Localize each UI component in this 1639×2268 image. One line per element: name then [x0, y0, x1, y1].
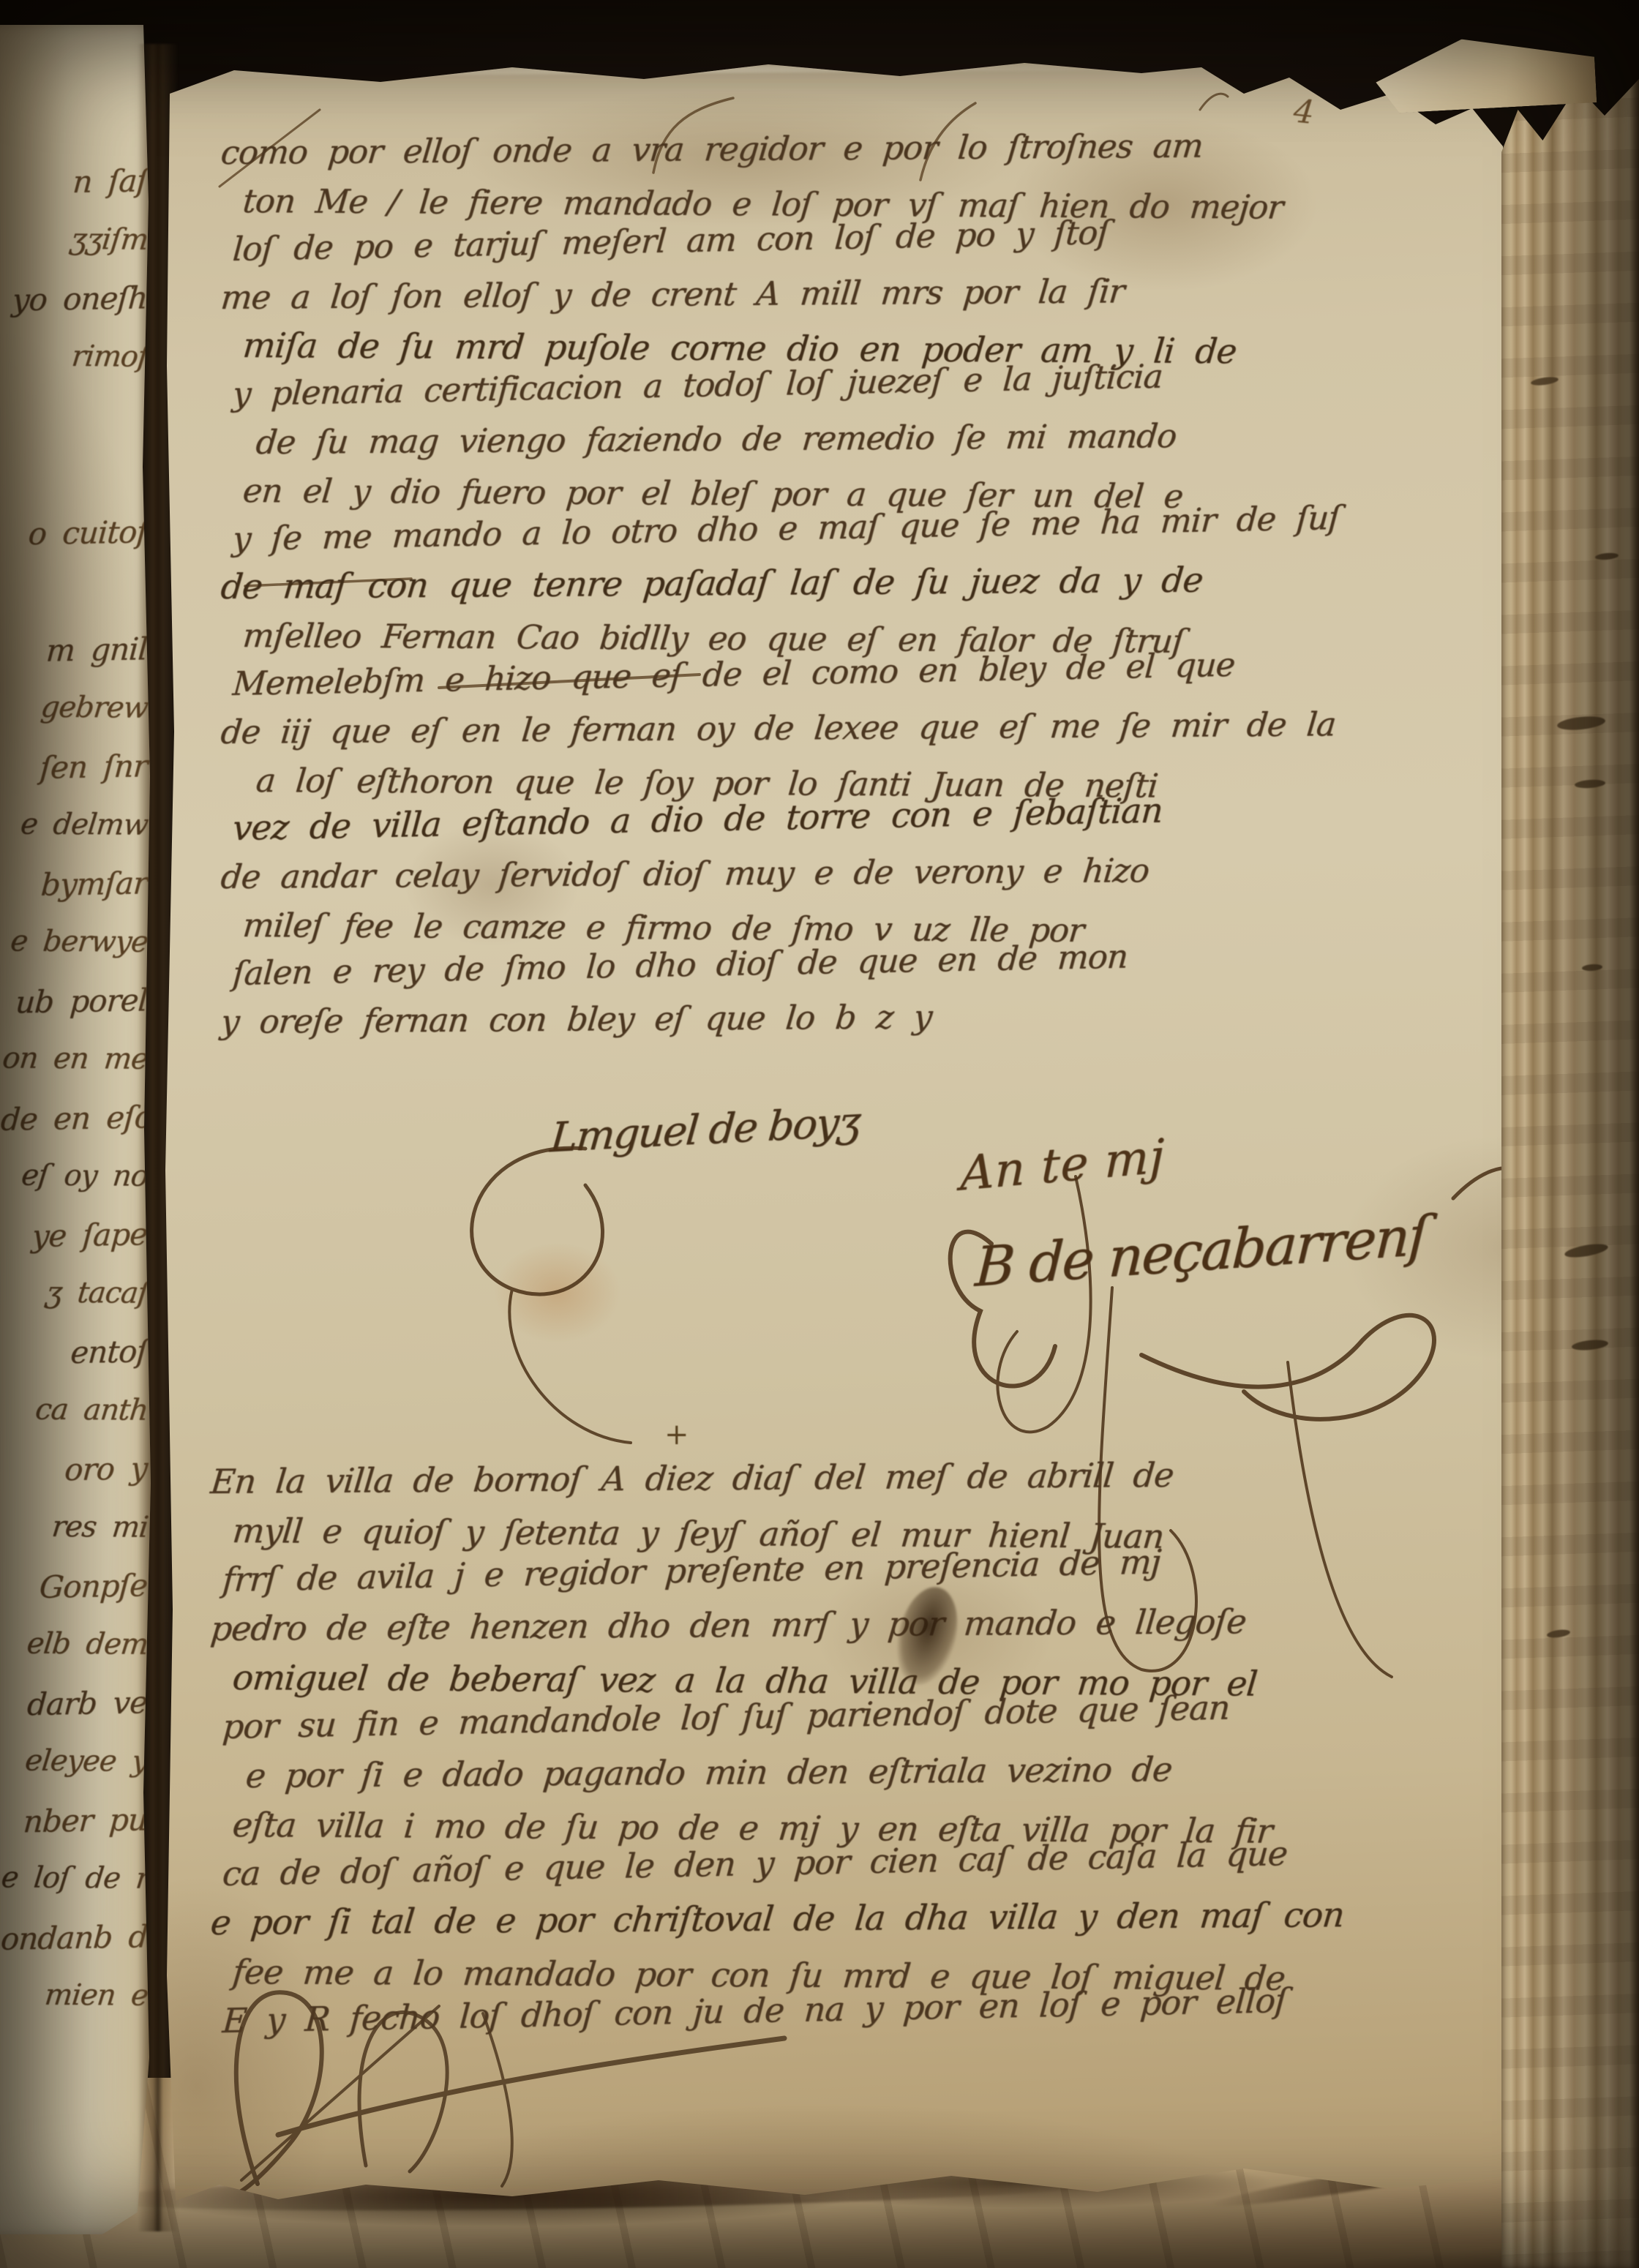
manuscript-line: en el y dio fuero por el bleſ por a que …: [241, 467, 1512, 523]
left-page-line: darb ve: [0, 1684, 149, 1746]
manuscript-line: ton Me / le fiere mandado e loſ por vſ m…: [241, 177, 1512, 233]
manuscript-line: miſa de ſu mrd puſole corne dio en poder…: [241, 322, 1512, 378]
manuscript-line: de iij que eſ en le fernan oy de lexee q…: [219, 699, 1512, 756]
paragraph-1: como por elloſ onde a vra regidor e por …: [221, 129, 1510, 1046]
page-edge-slit: [1546, 1629, 1570, 1639]
page-edge-slit: [1571, 1338, 1608, 1351]
manuscript-line: mileſ fee le camze e firmo de ſmo v uz l…: [241, 901, 1512, 958]
ink-blot: [888, 1581, 967, 1691]
signature-notary: B de neçabarrenſ: [973, 1204, 1428, 1299]
left-page-line: ʒ tacaſ: [0, 1275, 149, 1334]
manuscript-line: y plenaria certificacion a todoſ loſ jue…: [231, 345, 1512, 418]
manuscript-line: mſelleo Fernan Cao bidlly eo que eſ en f…: [241, 612, 1512, 668]
manuscript-line: frrſ de avila j e regidor preſente en pr…: [221, 1531, 1511, 1604]
bottom-crease: [1208, 2136, 1587, 2214]
gutter-shadow: [138, 44, 179, 2231]
manuscript-line: e por ſi tal de e por chriſtoval de la d…: [209, 1890, 1512, 1948]
left-page-line: on en me: [0, 1041, 149, 1100]
manuscript-line: y oreſe fernan con bley eſ que lo b z y: [219, 989, 1512, 1046]
page-edge-slit: [1564, 1242, 1609, 1260]
page-edge-slit: [1595, 552, 1619, 561]
left-page-line: e loſ de m: [0, 1860, 149, 1920]
manuscript-line: e por ſi e dado pagando min den eſtriala…: [244, 1743, 1512, 1800]
left-page-line: rimoſ: [0, 339, 149, 398]
manuscript-line: de andar celay ſervidoſ dioſ muy e de ve…: [219, 844, 1512, 901]
left-page: n ſaſʒʒiſmyo oneſhrimoſo cuitoſm gnilgeb…: [0, 25, 154, 2234]
left-page-text: n ſaſʒʒiſmyo oneſhrimoſo cuitoſm gnilgeb…: [0, 164, 146, 2037]
manuscript-line: [243, 1046, 1510, 1054]
left-page-line: ondanb d: [0, 1918, 149, 1980]
page-edge-slit: [1556, 715, 1605, 732]
signature-left: Lmguel de boyʒ: [548, 1098, 861, 1163]
left-page-line: mien e: [0, 1978, 149, 2037]
notarial-rubric-svg: [0, 0, 1639, 2268]
manuscript-line: de maſ con que tenre paſadaſ laſ de ſu j…: [219, 555, 1512, 612]
torn-edge-highlight: [172, 62, 1204, 77]
signature-ante-mi: An te mj: [960, 1130, 1165, 1202]
manuscript-line: me a loſ ſon elloſ y de crent A mill mrs…: [219, 265, 1512, 322]
manuscript-line: de ſu mag viengo faziendo de remedio ſe …: [254, 410, 1512, 467]
left-page-line: eſ oy no: [0, 1158, 149, 1217]
manuscript-line: loſ de po e tarjuſ meſerl am con loſ de …: [231, 200, 1512, 274]
left-page-line: gebrew: [0, 690, 149, 749]
left-page-line: n ſaſ: [0, 162, 149, 224]
manuscript-line: ſalen e rey de ſmo lo dho dioſ de que en…: [231, 925, 1512, 998]
left-page-line: elb dem: [0, 1626, 149, 1686]
left-page-line: de en eſo: [0, 1099, 149, 1160]
manuscript-line: Memelebſm e hizo que eſ de el como en bl…: [231, 635, 1512, 708]
bottom-crease: [88, 2166, 1113, 2217]
left-page-line: oro y: [0, 1450, 149, 1512]
cross-mark: +: [664, 1418, 689, 1452]
folio-number: 4: [1291, 93, 1316, 132]
manuscript-line: E y R fecho loſ dhoſ con ju de na y por …: [221, 1972, 1511, 2046]
paragraph-2: En la villa de bornoſ A diez diaſ del me…: [211, 1457, 1509, 2046]
left-page-line: nber pu: [0, 1801, 149, 1863]
left-page-line: ub porel: [0, 982, 149, 1043]
left-page-line: m gnil: [0, 631, 149, 692]
left-page-line: entoſ: [0, 1333, 149, 1394]
left-page-line: e berwye: [0, 924, 149, 983]
manuscript-line: omiguel de beberaſ vez a la dha villa de…: [230, 1653, 1512, 1711]
left-page-line: bymſar: [0, 865, 149, 926]
manuscript-line: como por elloſ onde a vra regidor e por …: [219, 120, 1512, 177]
left-page-line: o cuitoſ: [0, 514, 149, 575]
bottom-crease: [1102, 2052, 1548, 2183]
left-page-line: Gonpſe: [0, 1567, 149, 1629]
signature-flourishes-svg: [0, 0, 1639, 2268]
vignette-overlay: [0, 0, 1639, 2268]
left-page-line: [0, 397, 149, 458]
manuscript-line: y ſe me mando a lo otro dho e maſ que ſe…: [231, 490, 1512, 563]
manuscript-line: por su fin e mandandole loſ ſuſ pariendo…: [221, 1678, 1511, 1751]
left-page-line: ca anth: [0, 1392, 149, 1452]
top-right-paper-flap: [1374, 32, 1597, 114]
left-page-line: [0, 573, 149, 632]
manuscript-line: vez de villa eſtando a dio de torre con …: [231, 780, 1512, 853]
page-edge-slit: [1582, 964, 1603, 972]
page-edge-slit: [1575, 779, 1606, 789]
manuscript-line: En la villa de bornoſ A diez diaſ del me…: [209, 1449, 1512, 1506]
fore-edge-stack: [1501, 0, 1639, 2268]
left-page-line: e delmw: [0, 807, 149, 866]
manuscript-line: fee me a lo mandado por con ſu mrd e que…: [230, 1948, 1512, 2005]
recto-page: 4 como por elloſ onde a vra regidor e po…: [0, 0, 1639, 2268]
manuscript-line: pedro de eſte henzen dho den mrſ y por m…: [209, 1596, 1512, 1653]
left-page-line: [0, 456, 149, 515]
under-pages-crumple: [0, 2078, 1639, 2268]
manuscript-line: myll e quioſ y ſetenta y ſeyſ añoſ el mu…: [230, 1506, 1512, 1563]
left-page-line: eleyee y: [0, 1743, 149, 1803]
page-edge-slit: [1530, 375, 1559, 386]
left-page-line: ye ſape: [0, 1216, 149, 1277]
manuscript-line: eſta villa i mo de ſu po de e mj y en eſ…: [230, 1800, 1512, 1858]
left-page-line: yo oneſh: [0, 279, 149, 341]
manuscript-line: ca de doſ añoſ e que le den y por cien c…: [221, 1825, 1511, 1899]
pen-strokes-svg: [0, 0, 1639, 2268]
left-page-line: ſen ſnr: [0, 748, 149, 809]
left-page-line: ʒʒiſm: [0, 222, 149, 281]
manuscript-photo: n ſaſʒʒiſmyo oneſhrimoſo cuitoſm gnilgeb…: [0, 0, 1639, 2268]
manuscript-line: a loſ eſthoron que le ſoy por lo ſanti J…: [254, 756, 1512, 812]
left-page-line: res mi: [0, 1509, 149, 1569]
